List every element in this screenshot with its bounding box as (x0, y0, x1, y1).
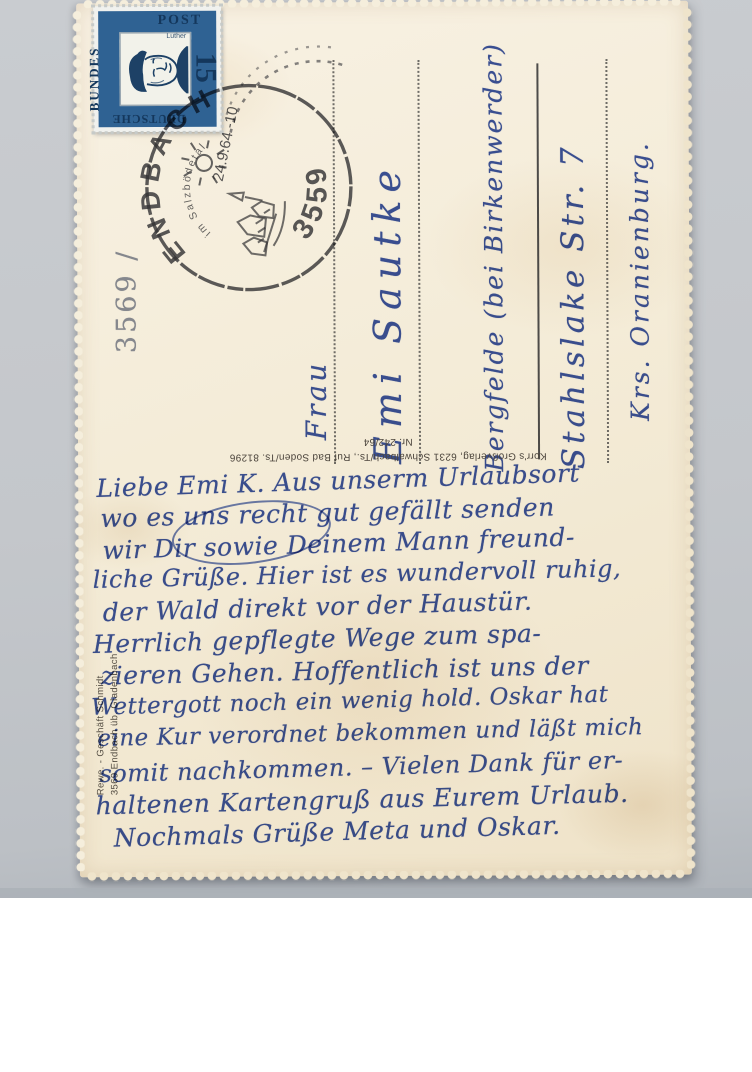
postmark-time-code: -10 (221, 105, 242, 130)
postmark-date-value: 24.9.64 (210, 130, 237, 182)
stamp-inscription-post: POST (158, 13, 203, 29)
address-recipient-name: Emi Sautke (365, 162, 410, 464)
address-rule-dotted-3 (605, 59, 609, 463)
photo-backdrop: POST BUNDES DEUTSCHE 15 Luther (0, 0, 752, 898)
postcard: POST BUNDES DEUTSCHE 15 Luther (76, 1, 692, 878)
postmark-village-icon (218, 190, 287, 259)
deckle-edge-left (72, 9, 85, 871)
address-locality: Bergfelde (bei Birkenwerder) (478, 42, 509, 472)
postmark-date: 24.9.64 -10 (210, 105, 242, 183)
postmark-postal-code: 3559 (284, 154, 342, 247)
stamp-inscription-bundes: BUNDES (86, 46, 102, 111)
svg-text:3559: 3559 (284, 154, 342, 247)
scan-stage: POST BUNDES DEUTSCHE 15 Luther (0, 0, 752, 1072)
address-street: Stahlslake Str. 7 (555, 143, 592, 469)
address-rule-solid (536, 63, 540, 459)
address-recipient-title: Frau (300, 361, 333, 441)
address-rule-dotted-2 (417, 60, 421, 464)
imprint-number: Nr. 242/64 (170, 435, 606, 448)
photo-bottom-band (0, 888, 752, 898)
deckle-edge-bottom (86, 870, 686, 882)
address-district: Krs. Oranienburg. (625, 140, 655, 421)
deckle-edge-right (683, 7, 696, 869)
message-line: eine Kur verordnet bekommen und läßt mic… (97, 714, 644, 752)
postmark-stamp: ENDBACH 3559 im Salzbödetal 24.9.64 -10 (116, 55, 381, 320)
